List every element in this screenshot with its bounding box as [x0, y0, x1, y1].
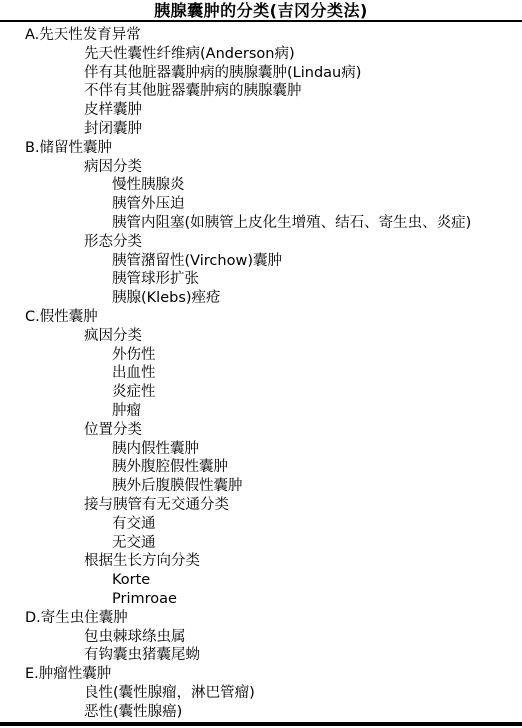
outline-line: 封闭囊肿	[0, 120, 522, 139]
outline-line: 皮样囊肿	[0, 101, 522, 120]
outline-line: 胰管外压迫	[0, 195, 522, 214]
outline-line: 胰内假性囊肿	[0, 440, 522, 459]
outline-line: 胰腺(Klebs)痤疮	[0, 289, 522, 308]
outline-line: 恶性(囊性腺癌)	[0, 703, 522, 722]
outline-line: 胰管潴留性(Virchow)囊肿	[0, 252, 522, 271]
outline-line: Primroae	[0, 590, 522, 609]
outline-line: 良性(囊性腺瘤，淋巴管瘤)	[0, 684, 522, 703]
outline-line: Korte	[0, 571, 522, 590]
outline-line: C.假性囊肿	[0, 308, 522, 327]
outline-line: 形态分类	[0, 233, 522, 252]
title-divider-rule	[0, 20, 522, 22]
outline-line: 病因分类	[0, 158, 522, 177]
outline-line: 接与胰管有无交通分类	[0, 496, 522, 515]
outline-line: 炎症性	[0, 383, 522, 402]
outline-line: 胰管内阻塞(如胰管上皮化生增殖、结石、寄生虫、炎症)	[0, 214, 522, 233]
outline-line: 伴有其他脏器囊肿病的胰腺囊肿(Lindau病)	[0, 64, 522, 83]
outline-line: 有交通	[0, 515, 522, 534]
outline-line: 无交通	[0, 534, 522, 553]
outline-line: 包虫棘球绦虫属	[0, 628, 522, 647]
page-title: 胰腺囊肿的分类(吉冈分类法)	[0, 2, 522, 20]
outline-line: E.肿瘤性囊肿	[0, 665, 522, 684]
outline-line: 先天性囊性纤维病(Anderson病)	[0, 45, 522, 64]
bottom-border-rule	[0, 722, 522, 726]
outline-line: 外伤性	[0, 346, 522, 365]
outline-line: 肿瘤	[0, 402, 522, 421]
outline-line: 出血性	[0, 364, 522, 383]
outline-line: 胰管球形扩张	[0, 270, 522, 289]
outline-line: 不伴有其他脏器囊肿病的胰腺囊肿	[0, 82, 522, 101]
document-page: 胰腺囊肿的分类(吉冈分类法) A.先天性发育异常先天性囊性纤维病(Anderso…	[0, 0, 522, 728]
outline-line: 根据生长方向分类	[0, 552, 522, 571]
outline-line: 位置分类	[0, 421, 522, 440]
outline-line: D.寄生虫住囊肿	[0, 609, 522, 628]
outline-line: 有钩囊虫猪囊尾蚴	[0, 646, 522, 665]
outline-line: 胰外后腹膜假性囊肿	[0, 477, 522, 496]
outline-line: 慢性胰腺炎	[0, 176, 522, 195]
outline-line: A.先天性发育异常	[0, 26, 522, 45]
outline-line: 胰外腹腔假性囊肿	[0, 458, 522, 477]
outline-line: 疯因分类	[0, 327, 522, 346]
outline-list: A.先天性发育异常先天性囊性纤维病(Anderson病)伴有其他脏器囊肿病的胰腺…	[0, 26, 522, 721]
outline-line: B.储留性囊肿	[0, 139, 522, 158]
